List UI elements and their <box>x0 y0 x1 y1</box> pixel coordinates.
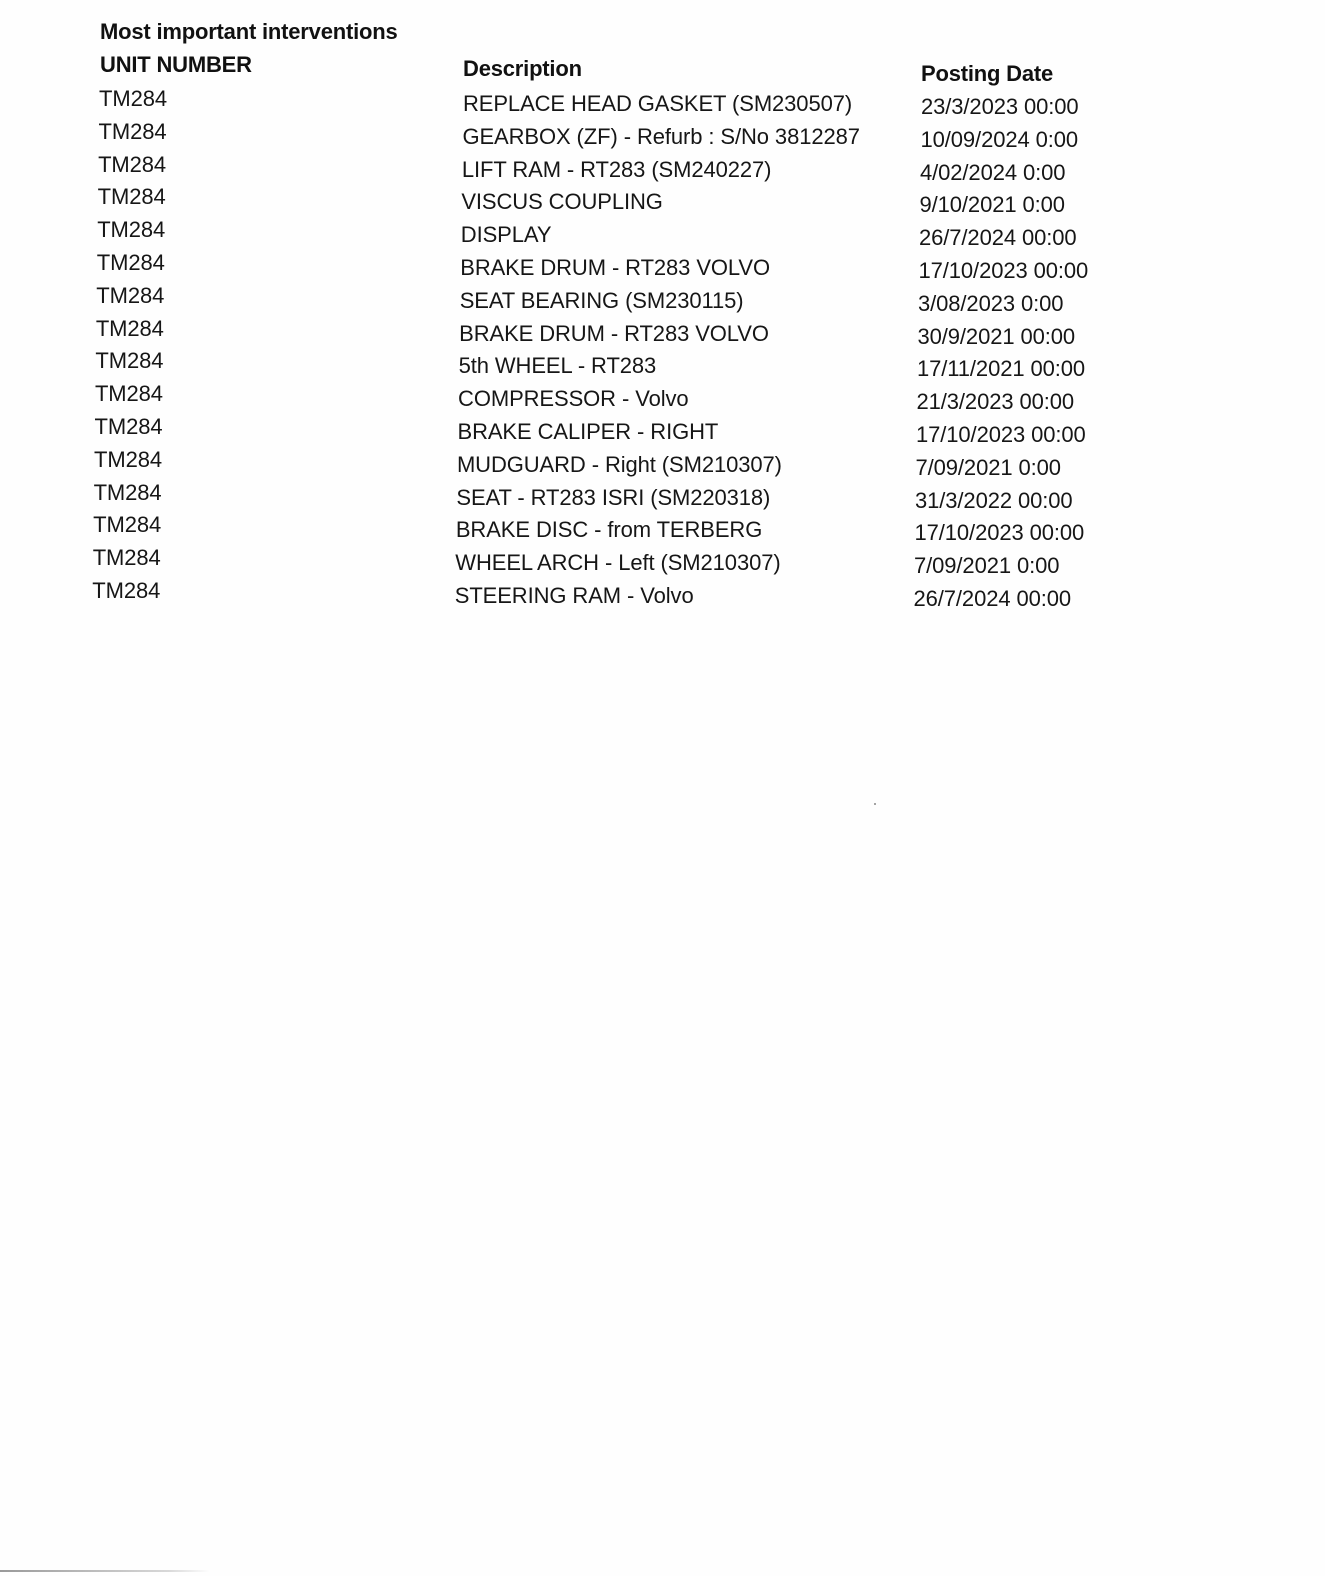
posting-date-cell: 30/9/2021 00:00 <box>918 324 1076 350</box>
posting-date-cell: 31/3/2022 00:00 <box>915 488 1073 514</box>
description-cell: BRAKE DISC - from TERBERG <box>456 517 762 543</box>
description-cell: VISCUS COUPLING <box>461 189 662 215</box>
description-cell: BRAKE CALIPER - RIGHT <box>458 419 719 445</box>
unit-number-cell: TM284 <box>95 348 163 374</box>
unit-number-cell: TM284 <box>98 152 166 178</box>
unit-number-cell: TM284 <box>97 217 165 243</box>
posting-date-cell: 3/08/2023 0:00 <box>918 291 1063 317</box>
posting-date-cell: 21/3/2023 00:00 <box>917 389 1075 415</box>
unit-number-cell: TM284 <box>92 578 160 604</box>
description-cell: MUDGUARD - Right (SM210307) <box>457 452 782 478</box>
description-cell: BRAKE DRUM - RT283 VOLVO <box>459 321 769 347</box>
unit-number-cell: TM284 <box>94 447 162 473</box>
posting-date-cell: 17/10/2023 00:00 <box>919 258 1089 284</box>
posting-date-cell: 23/3/2023 00:00 <box>921 94 1079 120</box>
description-cell: STEERING RAM - Volvo <box>455 583 694 609</box>
posting-date-cell: 10/09/2024 0:00 <box>921 127 1079 153</box>
unit-number-cell: TM284 <box>93 512 161 538</box>
unit-number-cell: TM284 <box>99 86 167 112</box>
description-cell: WHEEL ARCH - Left (SM210307) <box>455 550 780 576</box>
description-cell: SEAT - RT283 ISRI (SM220318) <box>456 485 770 511</box>
document-title: Most important interventions <box>100 19 398 45</box>
posting-date-cell: 17/10/2023 00:00 <box>916 422 1086 448</box>
unit-number-cell: TM284 <box>96 316 164 342</box>
posting-date-cell: 9/10/2021 0:00 <box>920 192 1065 218</box>
scan-edge <box>0 1570 210 1572</box>
scan-speck <box>874 803 876 805</box>
description-cell: LIFT RAM - RT283 (SM240227) <box>462 157 772 183</box>
description-cell: BRAKE DRUM - RT283 VOLVO <box>460 255 770 281</box>
description-cell: GEARBOX (ZF) - Refurb : S/No 3812287 <box>462 124 859 150</box>
unit-number-cell: TM284 <box>95 381 163 407</box>
posting-date-cell: 17/10/2023 00:00 <box>915 520 1085 546</box>
unit-number-cell: TM284 <box>97 250 165 276</box>
posting-date-cell: 7/09/2021 0:00 <box>916 455 1061 481</box>
description-cell: REPLACE HEAD GASKET (SM230507) <box>463 91 852 117</box>
description-cell: COMPRESSOR - Volvo <box>458 386 688 412</box>
unit-number-cell: TM284 <box>96 283 164 309</box>
unit-number-cell: TM284 <box>99 119 167 145</box>
description-cell: 5th WHEEL - RT283 <box>459 353 657 379</box>
unit-number-cell: TM284 <box>98 184 166 210</box>
posting-date-cell: 4/02/2024 0:00 <box>920 160 1065 186</box>
unit-number-cell: TM284 <box>94 480 162 506</box>
description-cell: DISPLAY <box>461 222 552 248</box>
column-header-posting-date: Posting Date <box>921 61 1053 87</box>
posting-date-cell: 7/09/2021 0:00 <box>914 553 1059 579</box>
scanned-page: Most important interventions UNIT NUMBER… <box>0 0 1325 1576</box>
posting-date-cell: 26/7/2024 00:00 <box>914 586 1072 612</box>
posting-date-cell: 26/7/2024 00:00 <box>919 225 1077 251</box>
posting-date-cell: 17/11/2021 00:00 <box>917 356 1085 382</box>
unit-number-cell: TM284 <box>95 414 163 440</box>
description-cell: SEAT BEARING (SM230115) <box>460 288 744 314</box>
column-header-unit-number: UNIT NUMBER <box>100 52 252 78</box>
unit-number-cell: TM284 <box>93 545 161 571</box>
column-header-description: Description <box>463 56 582 82</box>
